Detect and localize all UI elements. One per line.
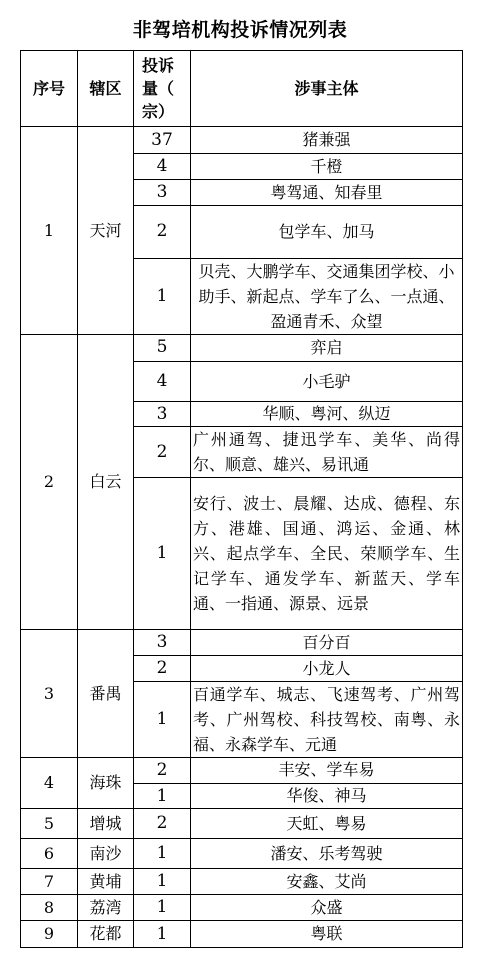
count-cell: 1 (134, 681, 191, 757)
page-title: 非驾培机构投诉情况列表 (0, 0, 480, 42)
district-cell: 海珠 (78, 757, 134, 809)
district-cell: 番禺 (78, 630, 134, 757)
count-cell: 1 (134, 783, 191, 809)
count-cell: 1 (134, 258, 191, 334)
complaints-table: 序号 辖区 投诉量（宗） 涉事主体 1 天河 37 猪兼强 4 千橙 3 粤驾通… (20, 50, 463, 948)
subjects-cell: 百分百 (191, 630, 463, 656)
count-cell: 3 (134, 180, 191, 206)
section-no-cell: 4 (21, 757, 78, 809)
subjects-cell: 华顺、粤河、纵迈 (191, 401, 463, 427)
subjects-cell: 千橙 (191, 154, 463, 180)
count-cell: 3 (134, 630, 191, 656)
subjects-cell: 贝壳、大鹏学车、交通集团学校、小助手、新起点、学车了么、一点通、盈通青禾、众望 (191, 258, 463, 334)
district-cell: 白云 (78, 334, 134, 630)
header-cell-district: 辖区 (78, 51, 134, 127)
section-no-cell: 9 (21, 920, 78, 947)
count-cell: 2 (134, 205, 191, 258)
section-no-cell: 8 (21, 894, 78, 920)
header-cell-count-text: 投诉量（宗） (142, 54, 182, 124)
table-row: 3 番禺 3 百分百 (21, 630, 463, 656)
subjects-cell: 安鑫、艾尚 (191, 869, 463, 895)
count-cell: 1 (134, 920, 191, 947)
table-row: 9 花都 1 粤联 (21, 920, 463, 947)
count-cell: 1 (134, 869, 191, 895)
section-no-cell: 2 (21, 334, 78, 630)
table-row: 4 海珠 2 丰安、学车易 (21, 757, 463, 783)
subjects-cell: 小毛驴 (191, 361, 463, 401)
header-cell-no: 序号 (21, 51, 78, 127)
table-row: 1 天河 37 猪兼强 (21, 127, 463, 154)
count-cell: 1 (134, 839, 191, 869)
count-cell: 4 (134, 154, 191, 180)
count-cell: 37 (134, 127, 191, 154)
district-cell: 荔湾 (78, 894, 134, 920)
count-cell: 1 (134, 478, 191, 630)
header-cell-count: 投诉量（宗） (134, 51, 191, 127)
count-cell: 4 (134, 361, 191, 401)
district-cell: 天河 (78, 127, 134, 335)
count-cell: 2 (134, 809, 191, 839)
subjects-cell: 小龙人 (191, 655, 463, 681)
table-row: 5 增城 2 天虹、粤易 (21, 809, 463, 839)
count-cell: 2 (134, 427, 191, 478)
subjects-cell: 安行、波士、晨耀、达成、德程、东方、港雄、国通、鸿运、金通、林兴、起点学车、全民… (191, 478, 463, 630)
subjects-cell: 弈启 (191, 334, 463, 361)
section-no-cell: 6 (21, 839, 78, 869)
table-row: 2 白云 5 弈启 (21, 334, 463, 361)
section-no-cell: 7 (21, 869, 78, 895)
count-cell: 3 (134, 401, 191, 427)
district-cell: 花都 (78, 920, 134, 947)
subjects-cell: 粤联 (191, 920, 463, 947)
count-cell: 2 (134, 655, 191, 681)
subjects-cell: 众盛 (191, 894, 463, 920)
table-header-row: 序号 辖区 投诉量（宗） 涉事主体 (21, 51, 463, 127)
district-cell: 黄埔 (78, 869, 134, 895)
subjects-cell: 天虹、粤易 (191, 809, 463, 839)
district-cell: 南沙 (78, 839, 134, 869)
subjects-cell: 潘安、乐考驾驶 (191, 839, 463, 869)
subjects-cell: 包学车、加马 (191, 205, 463, 258)
document-page: 非驾培机构投诉情况列表 序号 辖区 投诉量（宗） 涉事主体 1 天河 37 猪兼… (0, 0, 480, 960)
table-row: 7 黄埔 1 安鑫、艾尚 (21, 869, 463, 895)
count-cell: 5 (134, 334, 191, 361)
section-no-cell: 1 (21, 127, 78, 335)
table-row: 6 南沙 1 潘安、乐考驾驶 (21, 839, 463, 869)
table-row: 8 荔湾 1 众盛 (21, 894, 463, 920)
subjects-cell: 粤驾通、知春里 (191, 180, 463, 206)
section-no-cell: 3 (21, 630, 78, 757)
district-cell: 增城 (78, 809, 134, 839)
subjects-cell: 猪兼强 (191, 127, 463, 154)
count-cell: 1 (134, 894, 191, 920)
section-no-cell: 5 (21, 809, 78, 839)
subjects-cell: 百通学车、城志、飞速驾考、广州驾考、广州驾校、科技驾校、南粤、永福、永森学车、元… (191, 681, 463, 757)
count-cell: 2 (134, 757, 191, 783)
header-cell-subject: 涉事主体 (191, 51, 463, 127)
subjects-cell: 广州通驾、捷迅学车、美华、尚得尔、顺意、雄兴、易讯通 (191, 427, 463, 478)
subjects-cell: 丰安、学车易 (191, 757, 463, 783)
subjects-cell: 华俊、神马 (191, 783, 463, 809)
